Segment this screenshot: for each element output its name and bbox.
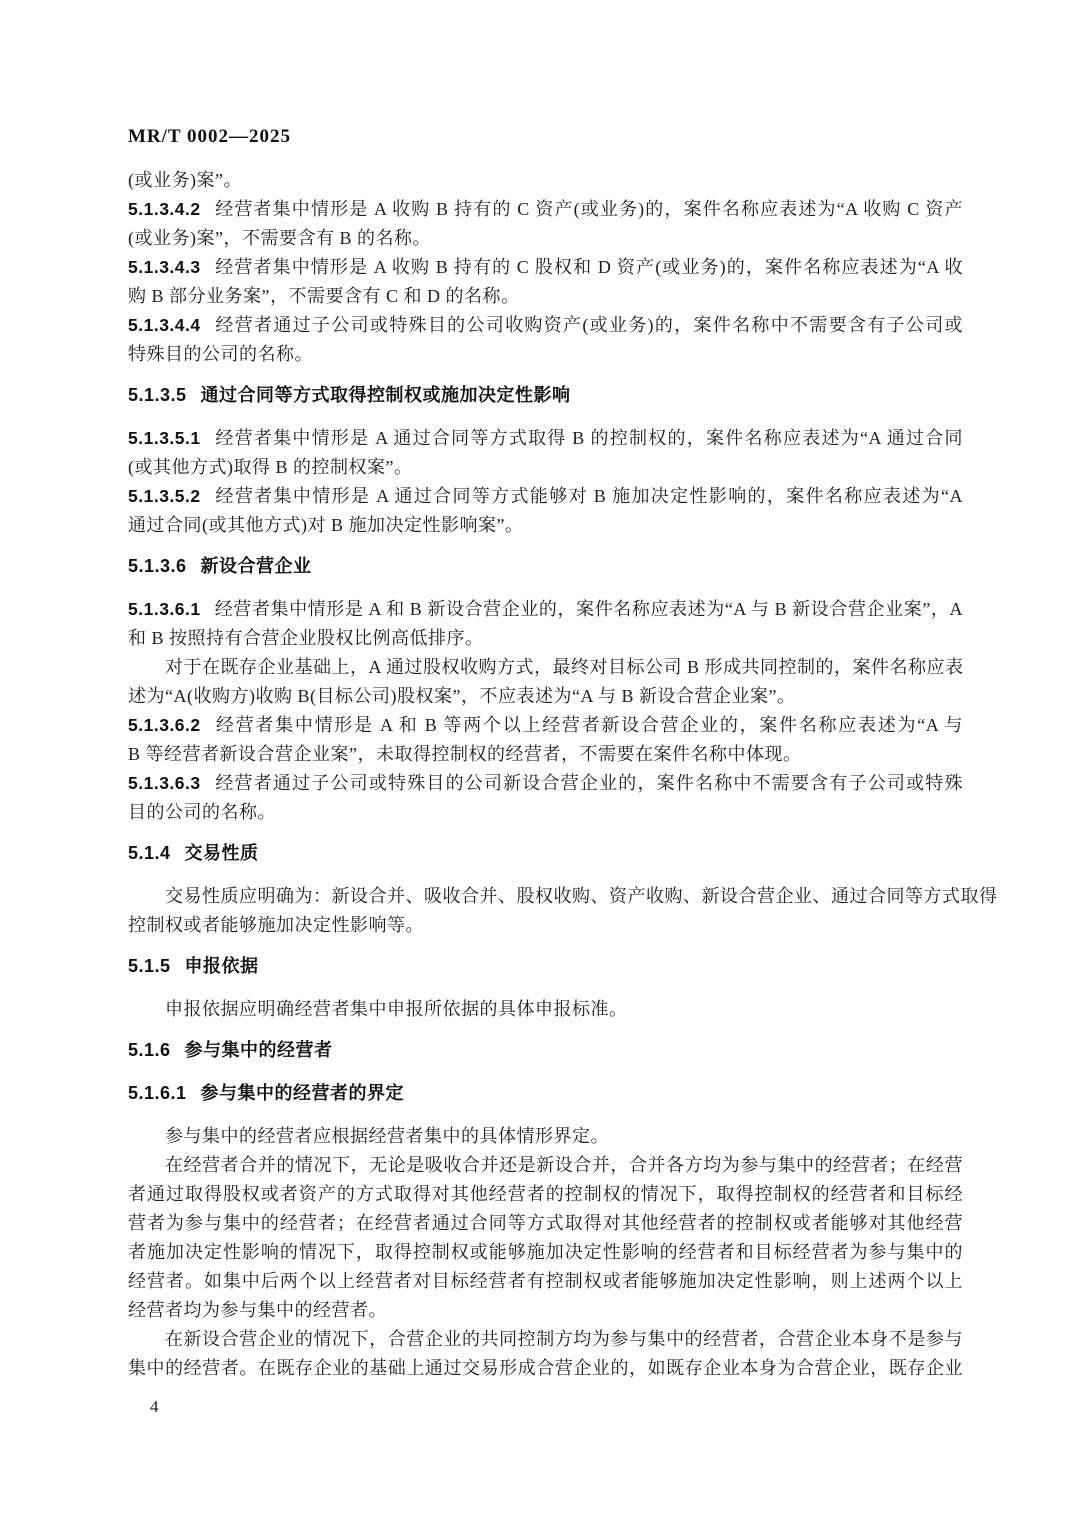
section-heading: 5.1.4交易性质 bbox=[128, 839, 963, 868]
clause-number: 5.1.3.4.4 bbox=[128, 315, 201, 335]
line-text: 申报依据应明确经营者集中申报所依据的具体申报标准。 bbox=[165, 999, 628, 1019]
line-text: 在新设合营企业的情况下，合营企业的共同控制方均为参与集中的经营者，合营企业本身不… bbox=[165, 1329, 963, 1349]
clause-number: 5.1.3.5 bbox=[128, 385, 187, 405]
line-text: 参与集中的经营者的界定 bbox=[201, 1083, 405, 1103]
body-line: 述为“A(收购方)收购 B(目标公司)股权案”，不应表述为“A 与 B 新设合营… bbox=[128, 682, 963, 711]
body-line: 和 B 按照持有合营企业股权比例高低排序。 bbox=[128, 624, 963, 653]
line-text: 参与集中的经营者 bbox=[185, 1040, 333, 1060]
body-line: 特殊目的公司的名称。 bbox=[128, 340, 963, 369]
clause-number: 5.1.3.6.1 bbox=[128, 599, 201, 619]
clause-number: 5.1.3.6.3 bbox=[128, 773, 201, 793]
clause-line: 5.1.3.4.3经营者集中情形是 A 收购 B 持有的 C 股权和 D 资产(… bbox=[128, 253, 963, 282]
line-text: 通过合同(或其他方式)对 B 施加决定性影响案”。 bbox=[128, 515, 523, 535]
line-text: 经营者均为参与集中的经营者。 bbox=[128, 1300, 387, 1320]
body-line: 在经营者合并的情况下，无论是吸收合并还是新设合并，合并各方均为参与集中的经营者；… bbox=[128, 1151, 963, 1180]
body-line: 对于在既存企业基础上，A 通过股权收购方式，最终对目标公司 B 形成共同控制的，… bbox=[128, 653, 963, 682]
body-line: 目的公司的名称。 bbox=[128, 798, 963, 827]
clause-number: 5.1.4 bbox=[128, 843, 171, 863]
clause-number: 5.1.3.6 bbox=[128, 556, 187, 576]
line-text: (或业务)案”，不需要含有 B 的名称。 bbox=[128, 228, 431, 248]
line-text: 经营者集中情形是 A 收购 B 持有的 C 资产(或业务)的，案件名称应表述为“… bbox=[215, 199, 963, 219]
line-text: 新设合营企业 bbox=[201, 556, 312, 576]
line-text: 者施加决定性影响的情况下，取得控制权或能够施加决定性影响的经营者和目标经营者为参… bbox=[128, 1242, 963, 1262]
body-line: 营者为参与集中的经营者；在经营者通过合同等方式取得对其他经营者的控制权或者能够对… bbox=[128, 1209, 963, 1238]
line-text: 经营者通过子公司或特殊目的公司新设合营企业的，案件名称中不需要含有子公司或特殊 bbox=[215, 773, 963, 793]
page-number: 4 bbox=[150, 1396, 159, 1418]
line-text: 目的公司的名称。 bbox=[128, 802, 276, 822]
clause-line: 5.1.3.6.3经营者通过子公司或特殊目的公司新设合营企业的，案件名称中不需要… bbox=[128, 769, 963, 798]
line-text: 经营者。如集中后两个以上经营者对目标经营者有控制权或者能够施加决定性影响，则上述… bbox=[128, 1271, 963, 1291]
clause-number: 5.1.3.6.2 bbox=[128, 715, 201, 735]
line-text: 申报依据 bbox=[185, 956, 259, 976]
line-text: 特殊目的公司的名称。 bbox=[128, 344, 313, 364]
body-line: 者通过取得股权或者资产的方式取得对其他经营者的控制权的情况下，取得控制权的经营者… bbox=[128, 1180, 963, 1209]
line-text: 和 B 按照持有合营企业股权比例高低排序。 bbox=[128, 628, 484, 648]
line-text: 交易性质应明确为：新设合并、吸收合并、股权收购、资产收购、新设合营企业、通过合同… bbox=[165, 886, 998, 906]
body-line: (或其他方式)取得 B 的控制权案”。 bbox=[128, 453, 963, 482]
clause-line: 5.1.3.5.2经营者集中情形是 A 通过合同等方式能够对 B 施加决定性影响… bbox=[128, 482, 963, 511]
clause-number: 5.1.3.4.2 bbox=[128, 199, 201, 219]
clause-number: 5.1.6 bbox=[128, 1040, 171, 1060]
body-line: B 等经营者新设合营企业案”，未取得控制权的经营者，不需要在案件名称中体现。 bbox=[128, 740, 963, 769]
body-line: 购 B 部分业务案”，不需要含有 C 和 D 的名称。 bbox=[128, 282, 963, 311]
line-text: 者通过取得股权或者资产的方式取得对其他经营者的控制权的情况下，取得控制权的经营者… bbox=[128, 1184, 963, 1204]
line-text: 对于在既存企业基础上，A 通过股权收购方式，最终对目标公司 B 形成共同控制的，… bbox=[165, 657, 964, 677]
line-text: 经营者集中情形是 A 通过合同等方式能够对 B 施加决定性影响的，案件名称应表述… bbox=[215, 486, 963, 506]
clause-number: 5.1.3.4.3 bbox=[128, 257, 201, 277]
section-heading: 5.1.5申报依据 bbox=[128, 952, 963, 981]
line-text: 经营者集中情形是 A 通过合同等方式取得 B 的控制权的，案件名称应表述为“A … bbox=[215, 428, 963, 448]
line-text: 营者为参与集中的经营者；在经营者通过合同等方式取得对其他经营者的控制权或者能够对… bbox=[128, 1213, 963, 1233]
line-text: 购 B 部分业务案”，不需要含有 C 和 D 的名称。 bbox=[128, 286, 520, 306]
body-line: (或业务)案”，不需要含有 B 的名称。 bbox=[128, 224, 963, 253]
line-text: 经营者通过子公司或特殊目的公司收购资产(或业务)的，案件名称中不需要含有子公司或 bbox=[215, 315, 963, 335]
line-text: 参与集中的经营者应根据经营者集中的具体情形界定。 bbox=[165, 1126, 609, 1146]
body-line: 集中的经营者。在既存企业的基础上通过交易形成合营企业的，如既存企业本身为合营企业… bbox=[128, 1354, 963, 1383]
body-line: 者施加决定性影响的情况下，取得控制权或能够施加决定性影响的经营者和目标经营者为参… bbox=[128, 1238, 963, 1267]
document-body: (或业务)案”。5.1.3.4.2经营者集中情形是 A 收购 B 持有的 C 资… bbox=[128, 166, 963, 1383]
clause-number: 5.1.6.1 bbox=[128, 1083, 187, 1103]
body-line: 经营者均为参与集中的经营者。 bbox=[128, 1296, 963, 1325]
clause-number: 5.1.3.5.2 bbox=[128, 486, 201, 506]
line-text: 交易性质 bbox=[185, 843, 259, 863]
section-heading: 5.1.3.6新设合营企业 bbox=[128, 552, 963, 581]
body-line: 控制权或者能够施加决定性影响等。 bbox=[128, 911, 963, 940]
clause-number: 5.1.5 bbox=[128, 956, 171, 976]
section-heading: 5.1.6.1参与集中的经营者的界定 bbox=[128, 1079, 963, 1108]
body-line: 参与集中的经营者应根据经营者集中的具体情形界定。 bbox=[128, 1122, 963, 1151]
line-text: (或其他方式)取得 B 的控制权案”。 bbox=[128, 457, 412, 477]
line-text: (或业务)案”。 bbox=[128, 170, 242, 190]
body-line: 在新设合营企业的情况下，合营企业的共同控制方均为参与集中的经营者，合营企业本身不… bbox=[128, 1325, 963, 1354]
line-text: 述为“A(收购方)收购 B(目标公司)股权案”，不应表述为“A 与 B 新设合营… bbox=[128, 686, 795, 706]
body-line: 交易性质应明确为：新设合并、吸收合并、股权收购、资产收购、新设合营企业、通过合同… bbox=[128, 882, 963, 911]
body-line: (或业务)案”。 bbox=[128, 166, 963, 195]
line-text: B 等经营者新设合营企业案”，未取得控制权的经营者，不需要在案件名称中体现。 bbox=[128, 744, 802, 764]
line-text: 通过合同等方式取得控制权或施加决定性影响 bbox=[201, 385, 571, 405]
body-line: 经营者。如集中后两个以上经营者对目标经营者有控制权或者能够施加决定性影响，则上述… bbox=[128, 1267, 963, 1296]
section-heading: 5.1.3.5通过合同等方式取得控制权或施加决定性影响 bbox=[128, 381, 963, 410]
clause-line: 5.1.3.4.4经营者通过子公司或特殊目的公司收购资产(或业务)的，案件名称中… bbox=[128, 311, 963, 340]
body-line: 申报依据应明确经营者集中申报所依据的具体申报标准。 bbox=[128, 995, 963, 1024]
line-text: 控制权或者能够施加决定性影响等。 bbox=[128, 915, 424, 935]
body-line: 通过合同(或其他方式)对 B 施加决定性影响案”。 bbox=[128, 511, 963, 540]
clause-line: 5.1.3.6.1经营者集中情形是 A 和 B 新设合营企业的，案件名称应表述为… bbox=[128, 595, 963, 624]
clause-line: 5.1.3.6.2经营者集中情形是 A 和 B 等两个以上经营者新设合营企业的，… bbox=[128, 711, 963, 740]
clause-line: 5.1.3.4.2经营者集中情形是 A 收购 B 持有的 C 资产(或业务)的，… bbox=[128, 195, 963, 224]
clause-line: 5.1.3.5.1经营者集中情形是 A 通过合同等方式取得 B 的控制权的，案件… bbox=[128, 424, 963, 453]
line-text: 经营者集中情形是 A 收购 B 持有的 C 股权和 D 资产(或业务)的，案件名… bbox=[215, 257, 963, 277]
doc-code-header: MR/T 0002—2025 bbox=[128, 126, 291, 148]
line-text: 经营者集中情形是 A 和 B 新设合营企业的，案件名称应表述为“A 与 B 新设… bbox=[215, 599, 963, 619]
line-text: 在经营者合并的情况下，无论是吸收合并还是新设合并，合并各方均为参与集中的经营者；… bbox=[165, 1155, 963, 1175]
document-page: { "document": { "code": "MR/T 0002—2025"… bbox=[0, 0, 1074, 1520]
clause-number: 5.1.3.5.1 bbox=[128, 428, 201, 448]
line-text: 集中的经营者。在既存企业的基础上通过交易形成合营企业的，如既存企业本身为合营企业… bbox=[128, 1358, 963, 1378]
section-heading: 5.1.6参与集中的经营者 bbox=[128, 1036, 963, 1065]
line-text: 经营者集中情形是 A 和 B 等两个以上经营者新设合营企业的，案件名称应表述为“… bbox=[215, 715, 963, 735]
